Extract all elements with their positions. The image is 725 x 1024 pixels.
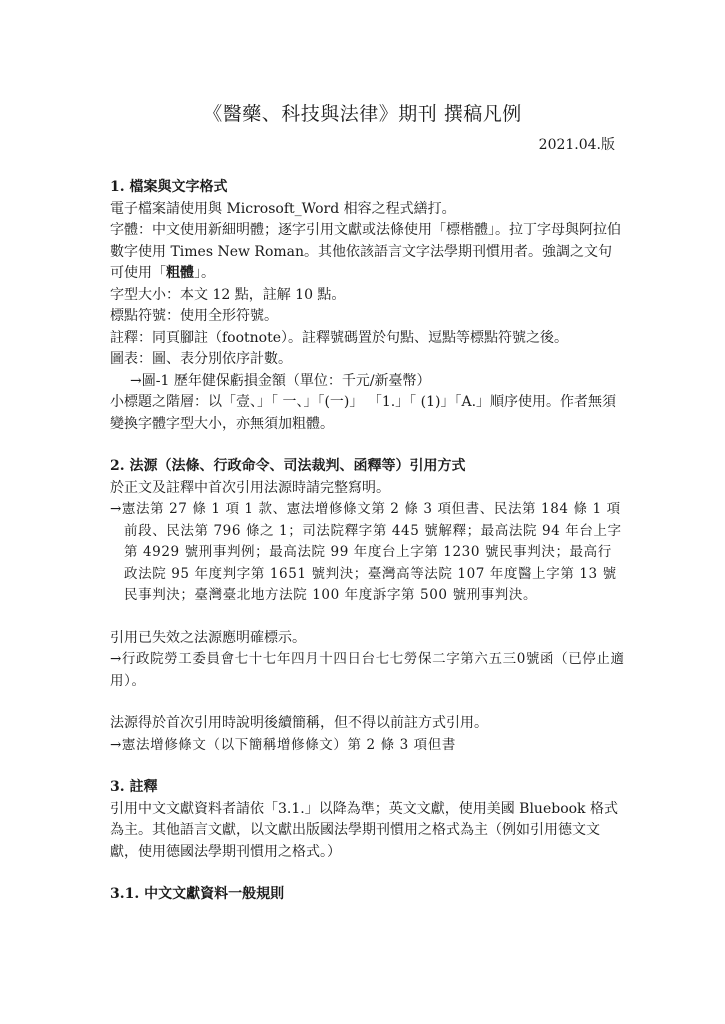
paragraph: 圖表：圖、表分別依序計數。 [110,349,625,371]
paragraph: 標點符號：使用全形符號。 [110,306,625,328]
paragraph: 字型大小：本文 12 點，註解 10 點。 [110,285,625,307]
citation-example: →憲法增修條文（以下簡稱增修條文）第 2 條 3 項但書 [110,735,625,757]
spacer [110,692,625,713]
spacer [110,756,625,777]
citation-example: →行政院勞工委員會七十七年四月十四日台七七勞保二字第六五三0號函（已停止適用）。 [110,649,625,692]
paragraph: 小標題之階層：以「壹、」「 一、」「(一)」 「1.」「 (1)」「A.」順序使… [110,392,625,435]
paragraph-text-end: 」。 [194,265,215,281]
section-3-heading: 3. 註釋 [110,777,625,799]
paragraph: 引用已失效之法源應明確標示。 [110,628,625,650]
paragraph: 法源得於首次引用時說明後續簡稱，但不得以前註方式引用。 [110,713,625,735]
document-title: 《醫藥、科技與法律》期刊 撰稿凡例 [0,99,725,126]
paragraph: 電子檔案請使用與 Microsoft_Word 相容之程式繕打。 [110,199,625,221]
font-paragraph: 字體：中文使用新細明體；逐字引用文獻或法條使用「標楷體」。拉丁字母與阿拉伯數字使… [110,220,625,285]
spacer [110,435,625,456]
spacer [110,607,625,628]
paragraph: 註釋：同頁腳註（footnote）。註釋號碼置於句點、逗點等標點符號之後。 [110,328,625,350]
document-page: 《醫藥、科技與法律》期刊 撰稿凡例 2021.04.版 1. 檔案與文字格式 電… [0,0,725,1024]
section-2-heading: 2. 法源（法條、行政命令、司法裁判、函釋等）引用方式 [110,456,625,478]
spacer [110,863,625,884]
figure-example: →圖-1 歷年健保虧損金額（單位：千元/新臺幣） [110,371,625,393]
citation-example: →憲法第 27 條 1 項 1 款、憲法增修條文第 2 條 3 項但書、民法第 … [110,499,625,607]
document-body: 1. 檔案與文字格式 電子檔案請使用與 Microsoft_Word 相容之程式… [110,177,625,906]
section-3-1-heading: 3.1. 中文文獻資料一般規則 [110,884,625,906]
version-label: 2021.04.版 [539,134,615,154]
paragraph: 引用中文文獻資料者請依「3.1.」以降為準；英文文獻，使用美國 Bluebook… [110,799,625,864]
bold-term: 粗體 [166,265,194,281]
section-1-heading: 1. 檔案與文字格式 [110,177,625,199]
paragraph: 於正文及註釋中首次引用法源時請完整寫明。 [110,478,625,500]
